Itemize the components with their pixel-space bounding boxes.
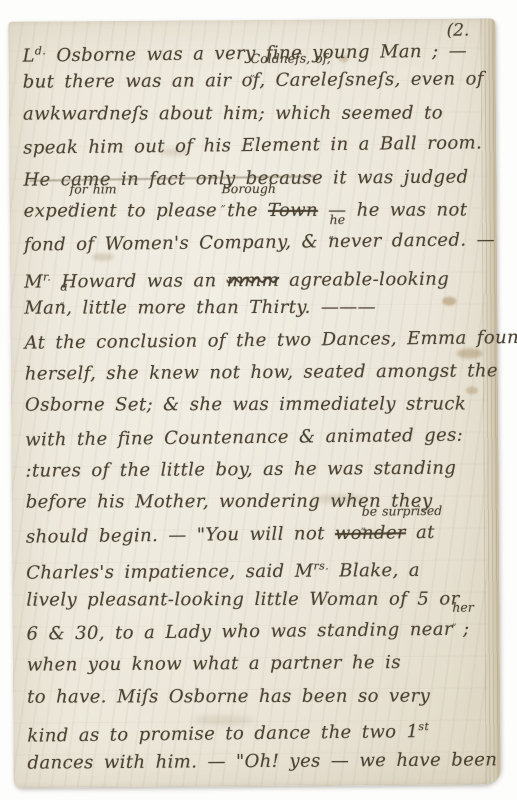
manuscript-line: Ld. Osborne was a very fine young Man ; … [22, 31, 475, 69]
manuscript-line: to have. Miſs Osborne has been so very [27, 681, 480, 715]
manuscript-line: when you know what a partner he is [27, 648, 480, 684]
line-text: with the fine Countenance & animated ges… [25, 424, 463, 450]
superscript-text: rs. [313, 560, 329, 573]
line-text: Osborne Set; & she was immediately struc… [25, 394, 466, 416]
insertion-caret: „ [59, 296, 64, 308]
manuscript-line: speak him out of his Element in a Ball r… [23, 129, 476, 167]
insertion-caret: „ [329, 229, 334, 241]
line-text: speak him out of his Element in a Ball r… [23, 133, 482, 159]
insertion-caret: „ [221, 198, 226, 210]
manuscript-line: lively pleasant-looking little Woman of … [26, 584, 479, 618]
insertion-caret: „ [69, 198, 74, 210]
insertion-caret: „ [250, 68, 255, 80]
line-text: 6 & 30, to a Lady who was standing near … [26, 619, 469, 645]
manuscript-line: herself, she knew not how, seated amongs… [25, 356, 478, 392]
line-text: dances with him. — "Oh! yes — we have be… [27, 749, 497, 773]
line-text: At the conclusion of the two Dances, Emm… [24, 326, 517, 353]
line-text: L [22, 45, 35, 66]
line-text: kind as to promise to dance the two 1 [27, 721, 418, 746]
manuscript-line: expedient to please the Town — he was no… [24, 195, 477, 229]
manuscript-line: with the fine Countenance & animated ges… [25, 420, 478, 458]
manuscript-line: Charles's impatience, said Mrs. Blake, a [26, 551, 479, 587]
manuscript-line: Osborne Set; & she was immediately struc… [25, 390, 478, 424]
manuscript-text: Ld. Osborne was a very fine young Man ; … [22, 32, 480, 780]
line-text: Howard was an [51, 270, 227, 292]
line-text: lively pleasant-looking little Woman of … [26, 588, 459, 610]
manuscript-line: kind as to promise to dance the two 1st [27, 712, 480, 750]
line-text: M [24, 271, 43, 292]
superscript-text: st [418, 720, 429, 733]
manuscript-line: 6 & 30, to a Lady who was standing near … [26, 614, 479, 652]
superscript-text: d. [35, 44, 46, 57]
line-text: Man, little more than Thirty. ——— [24, 297, 376, 319]
struck-text: Town [268, 200, 318, 221]
line-text: to have. Miſs Osborne has been so very [27, 685, 430, 707]
interlinear-insertion: for him„ [70, 183, 117, 195]
scan-background: (2. Ld. Osborne was a very fine young Ma… [0, 0, 517, 800]
line-text: at [406, 522, 435, 543]
line-text: when you know what a partner he is [27, 652, 401, 676]
manuscript-line: but there was an air of, Careleſsneſs, e… [23, 65, 476, 101]
line-text: Charles's impatience, said M [26, 561, 313, 584]
manuscript-page: (2. Ld. Osborne was a very fine young Ma… [8, 18, 500, 787]
struck-text: wonder [335, 522, 406, 544]
interlinear-insertion: a„ [60, 281, 67, 293]
page-block-edge [480, 18, 500, 784]
manuscript-line: dances with him. — "Oh! yes — we have be… [27, 745, 480, 781]
interlinear-insertion: Coldneſs, of,„ [251, 53, 331, 66]
line-text: awkwardneſs about him; which seemed to [23, 102, 443, 124]
line-text: fond of Women's Company, & never danced.… [24, 230, 495, 256]
line-text: :tures of the little boy, as he was stan… [25, 458, 456, 482]
line-text: herself, she knew not how, seated amongs… [25, 360, 498, 384]
line-text: should begin. — "You will not [26, 523, 335, 548]
line-text: Blake, a [329, 560, 420, 582]
interlinear-insertion: Borough„ [222, 183, 276, 195]
manuscript-line: should begin. — "You will not wonder atb… [26, 517, 479, 555]
interlinear-insertion: be surprised„ [362, 505, 443, 518]
interlinear-insertion: he„ [330, 214, 346, 226]
line-text: expedient to please the [24, 200, 268, 222]
manuscript-line: awkwardneſs about him; which seemed to [23, 98, 476, 132]
manuscript-line: :tures of the little boy, as he was stan… [25, 454, 478, 490]
manuscript-line: At the conclusion of the two Dances, Emm… [24, 323, 477, 361]
interlinear-insertion: her„ [452, 602, 474, 614]
insertion-caret: „ [451, 617, 456, 629]
manuscript-line: Man, little more than Thirty. ———a„ [24, 293, 477, 327]
struck-text: mmm [227, 270, 280, 291]
insertion-caret: „ [361, 521, 366, 533]
line-text: agreable-looking [279, 268, 449, 290]
manuscript-line: Mr. Howard was an mmm agreable-looking [24, 259, 477, 295]
manuscript-line: fond of Women's Company, & never danced.… [24, 226, 477, 264]
